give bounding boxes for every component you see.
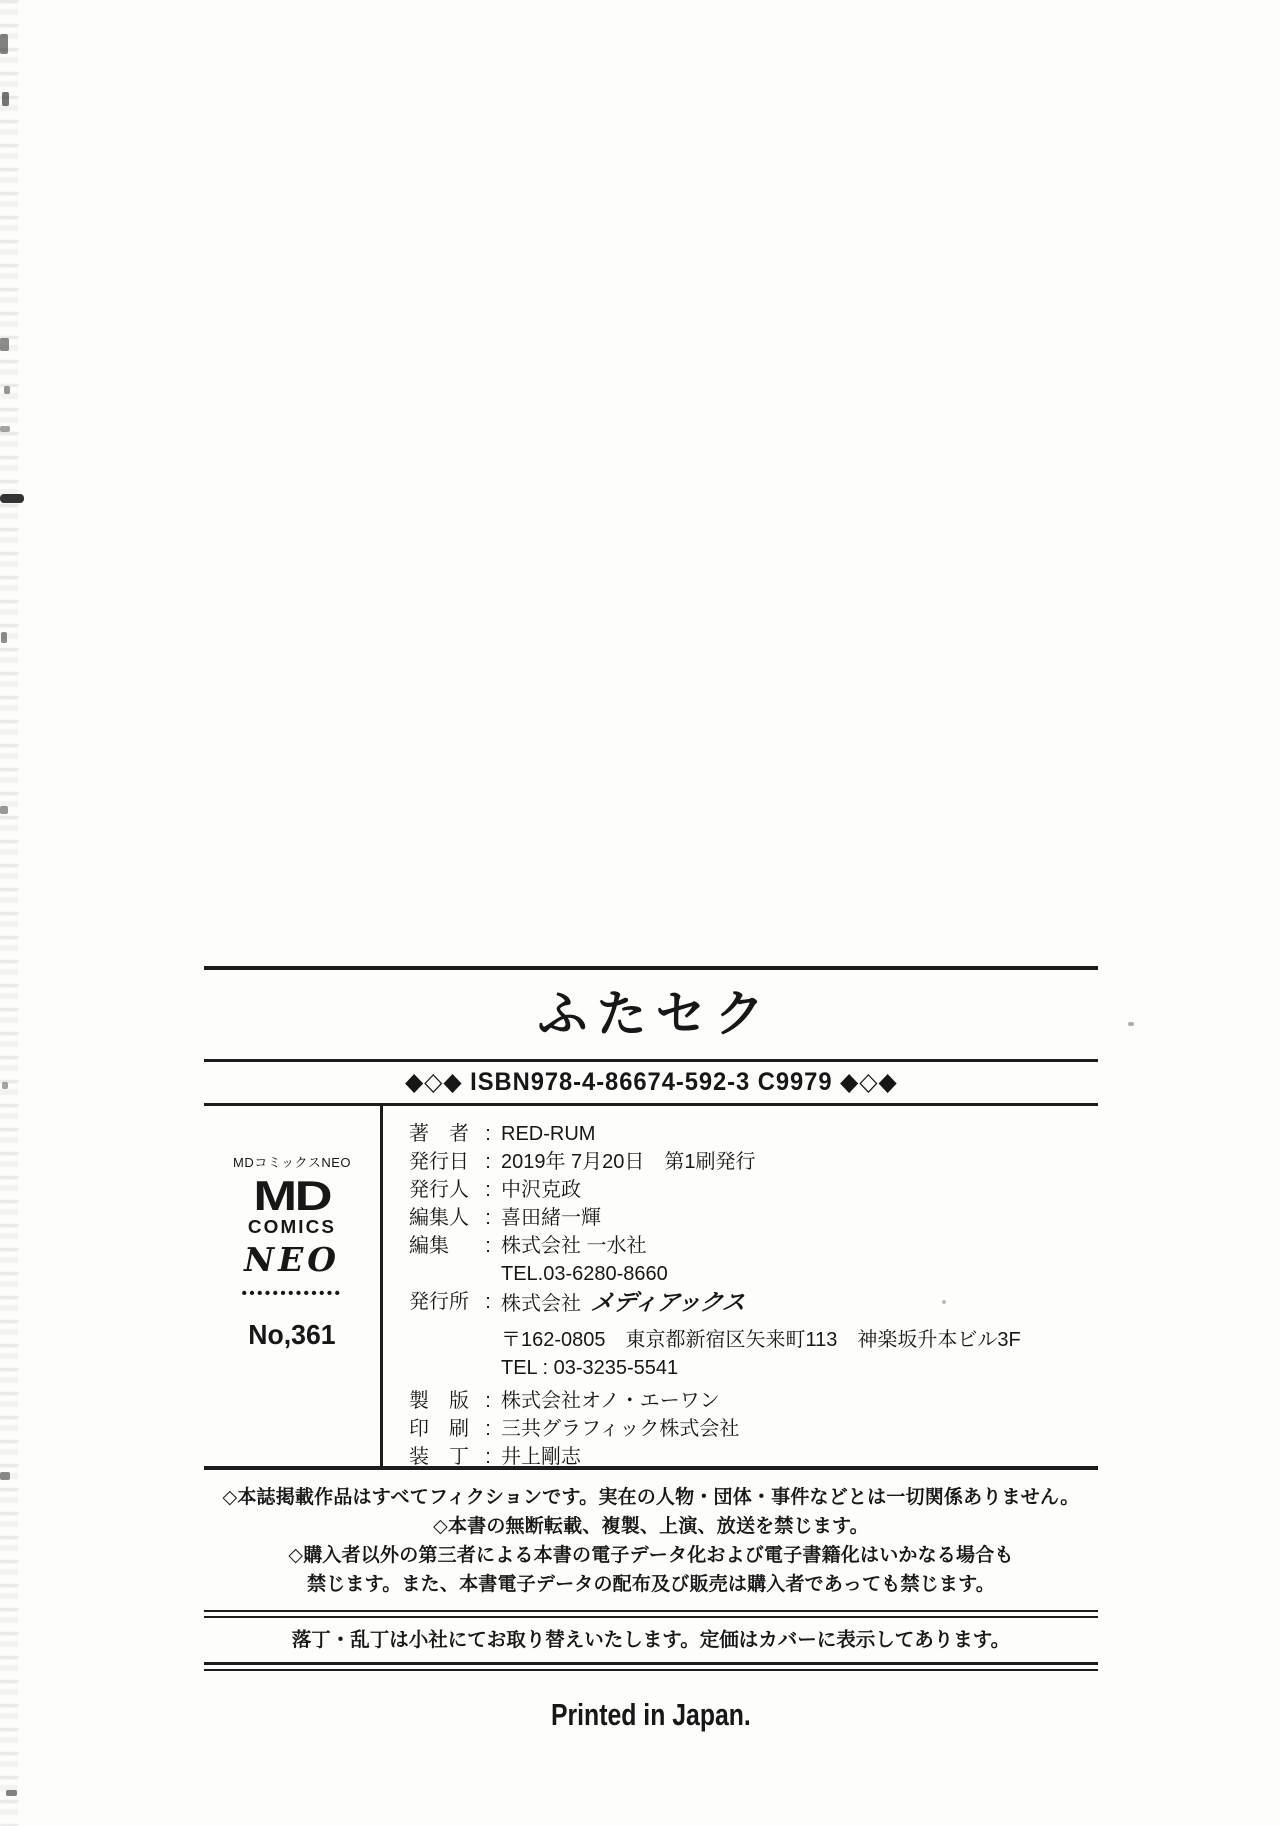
row-printing: 印 刷:三共グラフィック株式会社 [409, 1415, 1098, 1443]
publication-info-box: MDコミックスNEO MD COMICS NEO ••••••••••••• N… [204, 1106, 1098, 1466]
scan-artifact [2, 92, 9, 106]
publication-details: 著 者:RED-RUM 発行日:2019年 7月20日 第1刷発行 発行人:中沢… [383, 1106, 1098, 1466]
book-title: ふたセク [204, 970, 1098, 1059]
row-editing-tel: TEL.03-6280-8660 [409, 1260, 1098, 1288]
row-editor-person: 編集人:喜田緒一輝 [409, 1204, 1098, 1232]
row-plate-making: 製 版:株式会社オノ・エーワン [409, 1387, 1098, 1415]
scan-artifact [0, 426, 10, 432]
scan-artifact [0, 34, 8, 54]
scan-artifact [4, 386, 10, 394]
colophon-block: ふたセク ◆◇◆ ISBN978-4-86674-592-3 C9979 ◆◇◆… [204, 966, 1098, 1733]
notice-no-digitization-cont: 禁じます。また、本書電子データの配布及び販売は購入者であっても禁じます。 [204, 1570, 1098, 1599]
row-publisher-tel: TEL : 03-3235-5541 [409, 1354, 1098, 1382]
scan-artifact [6, 1790, 17, 1796]
notice-no-reproduction: ◇本書の無断転載、複製、上演、放送を禁じます。 [204, 1512, 1098, 1541]
scan-artifact [1, 632, 7, 643]
replacement-notice: 落丁・乱丁は小社にてお取り替えいたします。定価はカバーに表示してあります。 [204, 1618, 1098, 1662]
legal-notices: ◇本誌掲載作品はすべてフィクションです。実在の人物・団体・事件などとは一切関係あ… [204, 1470, 1098, 1610]
divider [204, 1662, 1098, 1671]
publisher-logo-column: MDコミックスNEO MD COMICS NEO ••••••••••••• N… [204, 1106, 383, 1466]
row-author: 著 者:RED-RUM [409, 1120, 1098, 1148]
row-publisher-address: 〒162-0805 東京都新宿区矢来町113 神楽坂升本ビル3F [409, 1326, 1098, 1354]
scan-artifact [0, 338, 9, 351]
comics-logo-text: COMICS [204, 1217, 384, 1238]
scan-artifact [1128, 1022, 1134, 1026]
scan-artifact [0, 494, 24, 503]
row-publish-date: 発行日:2019年 7月20日 第1刷発行 [409, 1148, 1098, 1176]
notice-no-digitization: ◇購入者以外の第三者による本書の電子データ化および電子書籍化はいかなる場合も [204, 1541, 1098, 1570]
row-publishing-house: 発行所:株式会社メディアックス [409, 1288, 1098, 1318]
notice-fiction: ◇本誌掲載作品はすべてフィクションです。実在の人物・団体・事件などとは一切関係あ… [204, 1483, 1098, 1512]
scan-artifact [0, 806, 8, 814]
md-logo: MD [254, 1178, 331, 1214]
series-name-small: MDコミックスNEO [204, 1152, 380, 1171]
mediax-logo: メディアックス [590, 1288, 747, 1316]
series-number: No,361 [248, 1319, 335, 1351]
neo-logo-text: NEO [204, 1240, 380, 1279]
row-editing-company: 編集:株式会社 一水社 [409, 1232, 1098, 1260]
scan-edge-noise [0, 0, 18, 1826]
printed-in-japan: Printed in Japan. [204, 1697, 1098, 1733]
dotted-separator: ••••••••••••• [204, 1289, 380, 1299]
row-publisher-person: 発行人:中沢克政 [409, 1176, 1098, 1204]
scan-artifact [0, 1472, 10, 1480]
scanned-colophon-page: ふたセク ◆◇◆ ISBN978-4-86674-592-3 C9979 ◆◇◆… [0, 0, 1280, 1826]
divider [204, 1610, 1098, 1618]
scan-artifact [2, 1082, 8, 1089]
isbn-line: ◆◇◆ ISBN978-4-86674-592-3 C9979 ◆◇◆ [204, 1062, 1098, 1103]
row-book-design: 装 丁:井上剛志 [409, 1443, 1098, 1466]
